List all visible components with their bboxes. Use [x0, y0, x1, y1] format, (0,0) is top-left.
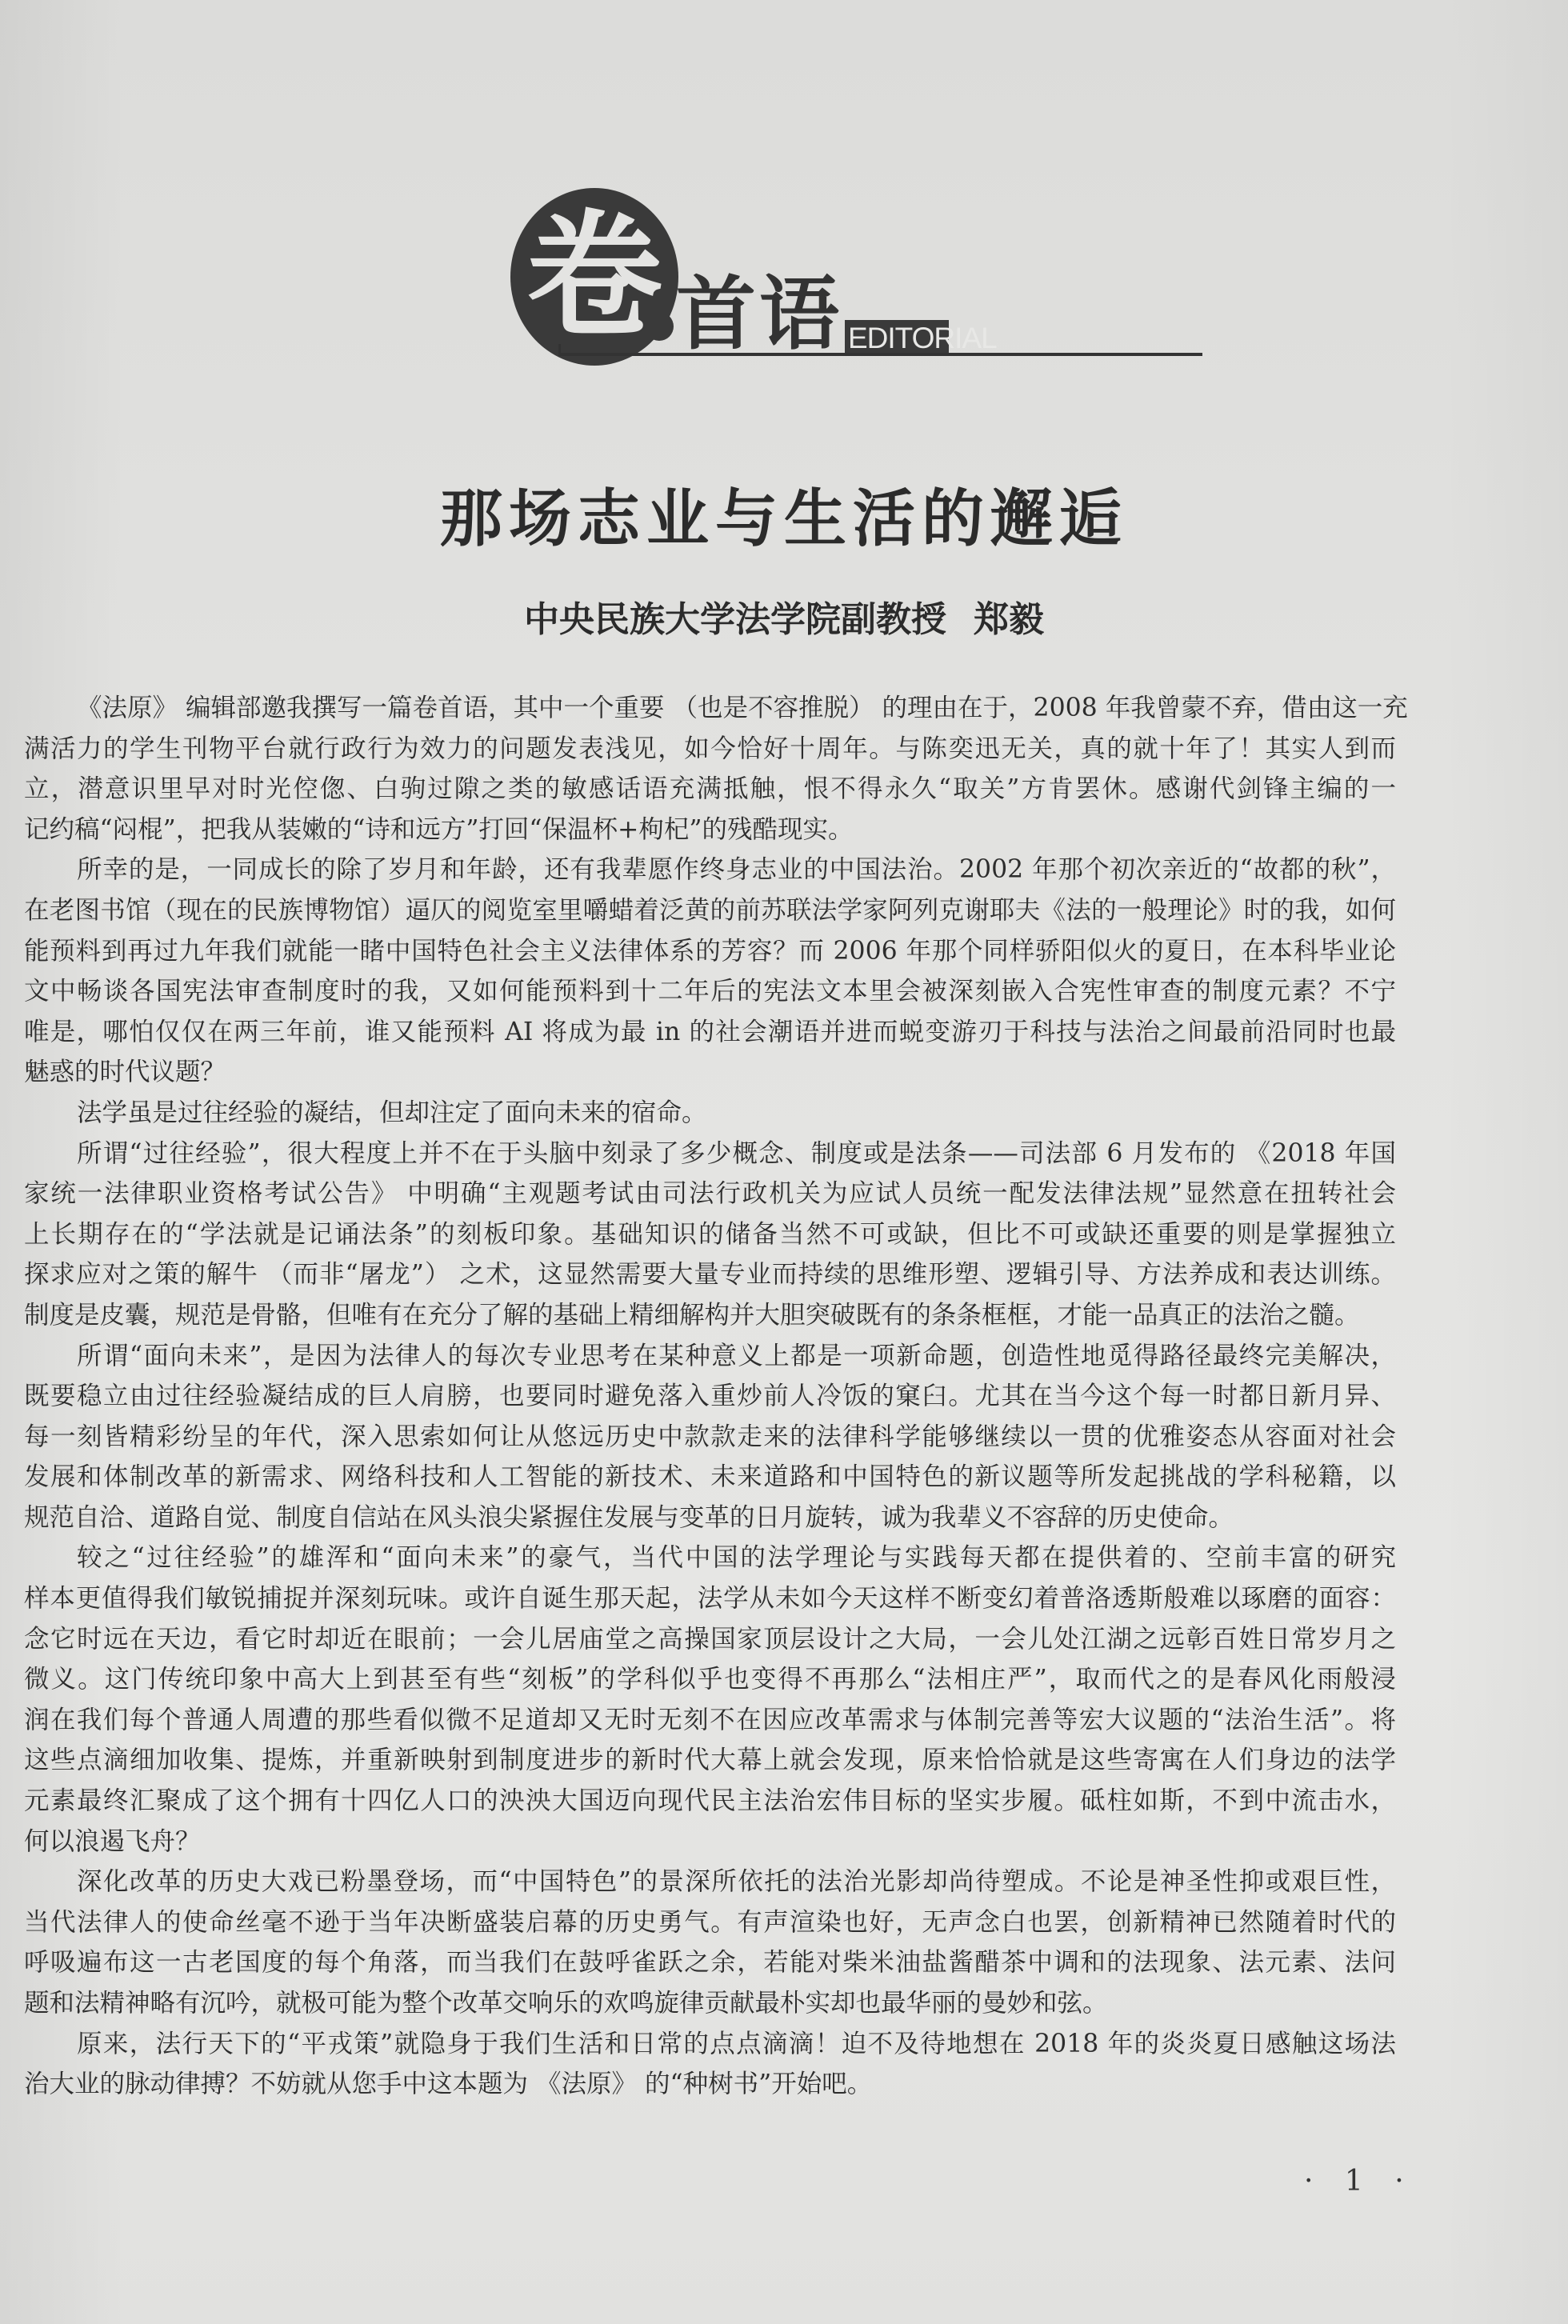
paragraph-line: 原来，法行天下的“平戎策”就隐身于我们生活和日常的点点滴滴！迫不及待地想在 20… — [24, 2024, 1396, 2065]
paragraph-line: 立，潜意识里早对时光倥偬、白驹过隙之类的敏感话语充满抵触，恨不得永久“取关”方肯… — [24, 769, 1396, 810]
logo-chars: 首语 — [676, 274, 842, 354]
logo-dot — [645, 312, 674, 341]
paragraph-line: 治大业的脉动律搏？不妨就从您手中这本题为 《法原》 的“种树书”开始吧。 — [24, 2064, 1396, 2105]
paragraph: 法学虽是过往经验的凝结，但却注定了面向未来的宿命。 — [24, 1093, 1396, 1134]
logo-english: EDITORIAL — [848, 322, 997, 354]
paragraph-line: 探求应对之策的解牛 （而非“屠龙”） 之术，这显然需要大量专业而持续的思维形塑、… — [24, 1254, 1396, 1295]
author-name: 郑毅 — [974, 599, 1044, 640]
paragraph-line: 记约稿“闷棍”，把我从装嫩的“诗和远方”打回“保温杯+枸杞”的残酷现实。 — [24, 810, 1396, 850]
paragraph-line: 文中畅谈各国宪法审查制度时的我，又如何能预料到十二年后的宪法文本里会被深刻嵌入合… — [24, 971, 1396, 1012]
paragraph: 较之“过往经验”的雄浑和“面向未来”的豪气，当代中国的法学理论与实践每天都在提供… — [24, 1538, 1396, 1862]
paragraph-line: 规范自洽、道路自觉、制度自信站在风头浪尖紧握住发展与变革的日月旋转，诚为我辈义不… — [24, 1498, 1396, 1538]
paragraph-line: 所谓“面向未来”，是因为法律人的每次专业思考在某种意义上都是一项新命题，创造性地… — [24, 1336, 1396, 1377]
editorial-logo: 卷 首语 EDITORIAL — [496, 180, 1216, 364]
byline: 中央民族大学法学院副教授郑毅 — [0, 590, 1568, 642]
paragraph-line: 发展和体制改革的新需求、网络科技和人工智能的新技术、未来道路和中国特色的新议题等… — [24, 1457, 1396, 1498]
paragraph-line: 何以浪遏飞舟？ — [24, 1822, 1396, 1862]
paragraph-line: 微义。这门传统印象中高大上到甚至有些“刻板”的学科似乎也变得不再那么“法相庄严”… — [24, 1659, 1396, 1700]
article-title: 那场志业与生活的邂逅 — [0, 469, 1568, 558]
paragraph-line: 满活力的学生刊物平台就行政行为效力的问题发表浅见，如今恰好十周年。与陈奕迅无关，… — [24, 729, 1396, 770]
paragraph-line: 上长期存在的“学法就是记诵法条”的刻板印象。基础知识的储备当然不可或缺，但比不可… — [24, 1214, 1396, 1255]
paragraph-line: 制度是皮囊，规范是骨骼，但唯有在充分了解的基础上精细解构并大胆突破既有的条条框框… — [24, 1295, 1396, 1336]
paragraph-line: 样本更值得我们敏锐捕捉并深刻玩味。或许自诞生那天起，法学从未如今天这样不断变幻着… — [24, 1578, 1396, 1619]
paragraph-line: 润在我们每个普通人周遭的那些看似微不足道却又无时无刻不在因应改革需求与体制完善等… — [24, 1700, 1396, 1741]
paragraph-line: 当代法律人的使命丝毫不逊于当年决断盛装启幕的历史勇气。有声渲染也好，无声念白也罢… — [24, 1902, 1396, 1943]
paragraph-line: 所幸的是，一同成长的除了岁月和年龄，还有我辈愿作终身志业的中国法治。2002 年… — [24, 850, 1396, 890]
paragraph: 深化改革的历史大戏已粉墨登场，而“中国特色”的景深所依托的法治光影却尚待塑成。不… — [24, 1862, 1396, 2023]
paragraph: 所谓“面向未来”，是因为法律人的每次专业思考在某种意义上都是一项新命题，创造性地… — [24, 1336, 1396, 1538]
paragraph-line: 法学虽是过往经验的凝结，但却注定了面向未来的宿命。 — [24, 1093, 1396, 1134]
logo-rule — [558, 353, 1202, 356]
paragraph-line: 题和法精神略有沉吟，就极可能为整个改革交响乐的欢鸣旋律贡献最朴实却也最华丽的曼妙… — [24, 1983, 1396, 2024]
page-number: · 1 · — [1304, 2165, 1415, 2198]
paragraph-line: 呼吸遍布这一古老国度的每个角落，而当我们在鼓呼雀跃之余，若能对柴米油盐酱醋茶中调… — [24, 1942, 1396, 1983]
paragraph-line: 能预料到再过九年我们就能一睹中国特色社会主义法律体系的芳容？而 2006 年那个… — [24, 931, 1396, 972]
paragraph-line: 《法原》 编辑部邀我撰写一篇卷首语，其中一个重要 （也是不容推脱） 的理由在于，… — [24, 688, 1396, 729]
paragraph: 所幸的是，一同成长的除了岁月和年龄，还有我辈愿作终身志业的中国法治。2002 年… — [24, 850, 1396, 1093]
paragraph-line: 较之“过往经验”的雄浑和“面向未来”的豪气，当代中国的法学理论与实践每天都在提供… — [24, 1538, 1396, 1578]
paragraph-line: 唯是，哪怕仅仅在两三年前，谁又能预料 AI 将成为最 in 的社会潮语并进而蜕变… — [24, 1012, 1396, 1053]
article-body: 《法原》 编辑部邀我撰写一篇卷首语，其中一个重要 （也是不容推脱） 的理由在于，… — [24, 688, 1396, 2105]
paragraph: 原来，法行天下的“平戎策”就隐身于我们生活和日常的点点滴滴！迫不及待地想在 20… — [24, 2024, 1396, 2105]
paragraph-line: 魅惑的时代议题？ — [24, 1052, 1396, 1093]
author-affiliation: 中央民族大学法学院副教授 — [524, 599, 946, 640]
paragraph-line: 每一刻皆精彩纷呈的年代，深入思索如何让从悠远历史中款款走来的法律科学能够继续以一… — [24, 1417, 1396, 1458]
paragraph-line: 既要稳立由过往经验凝结成的巨人肩膀，也要同时避免落入重炒前人冷饭的窠臼。尤其在当… — [24, 1376, 1396, 1417]
paragraph-line: 念它时远在天边，看它时却近在眼前；一会儿居庙堂之高操国家顶层设计之大局，一会儿处… — [24, 1619, 1396, 1660]
paragraph-line: 这些点滴细加收集、提炼，并重新映射到制度进步的新时代大幕上就会发现，原来恰恰就是… — [24, 1740, 1396, 1781]
paragraph-line: 在老图书馆（现在的民族博物馆）逼仄的阅览室里嚼蜡着泛黄的前苏联法学家阿列克谢耶夫… — [24, 890, 1396, 931]
paragraph-line: 所谓“过往经验”，很大程度上并不在于头脑中刻录了多少概念、制度或是法条——司法部… — [24, 1134, 1396, 1174]
paragraph-line: 家统一法律职业资格考试公告》 中明确“主观题考试由司法行政机关为应试人员统一配发… — [24, 1174, 1396, 1214]
paragraph: 所谓“过往经验”，很大程度上并不在于头脑中刻录了多少概念、制度或是法条——司法部… — [24, 1134, 1396, 1336]
paragraph: 《法原》 编辑部邀我撰写一篇卷首语，其中一个重要 （也是不容推脱） 的理由在于，… — [24, 688, 1396, 850]
paragraph-line: 元素最终汇聚成了这个拥有十四亿人口的泱泱大国迈向现代民主法治宏伟目标的坚实步履。… — [24, 1781, 1396, 1822]
paragraph-line: 深化改革的历史大戏已粉墨登场，而“中国特色”的景深所依托的法治光影却尚待塑成。不… — [24, 1862, 1396, 1902]
